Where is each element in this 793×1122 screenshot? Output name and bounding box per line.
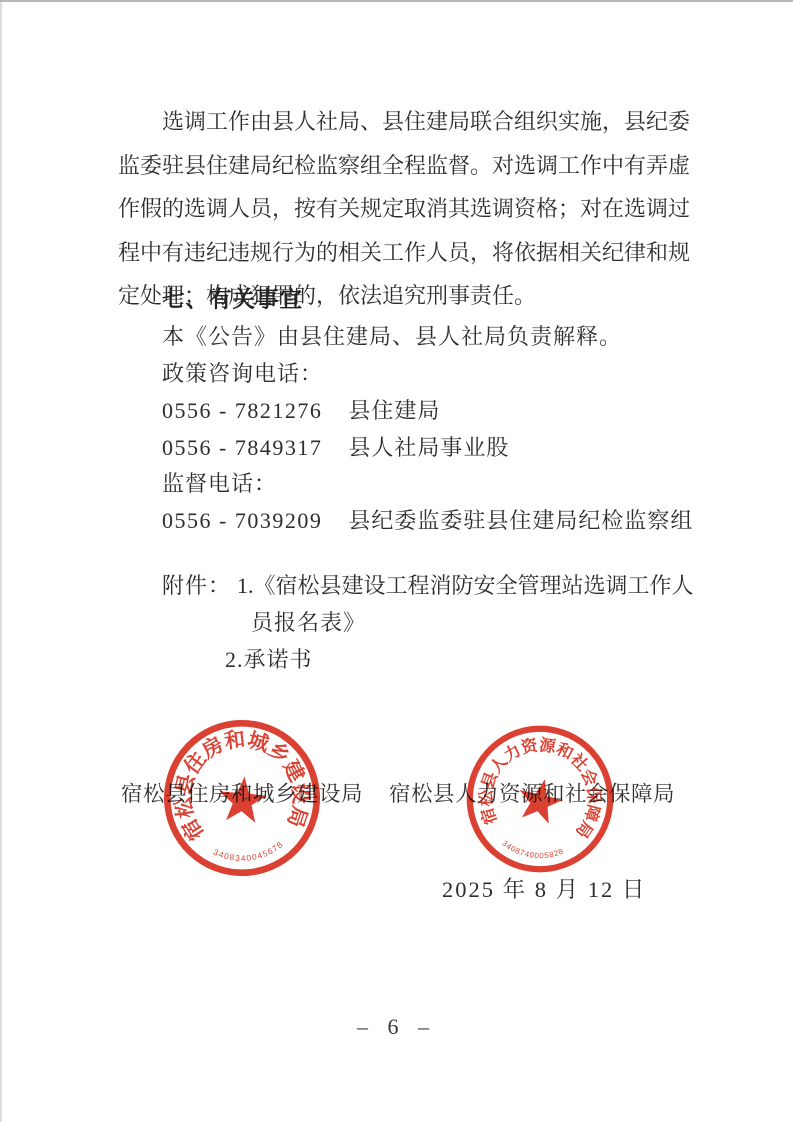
attachment-line-1: 附件：1.《宿松县建设工程消防安全管理站选调工作人 xyxy=(162,573,694,599)
phone-row: 0556 - 7821276县住建局 xyxy=(162,398,440,424)
phone-number: 0556 - 7849317 xyxy=(162,435,322,460)
seal-ring-text: 宿松县住房和城乡建设局 xyxy=(163,720,316,847)
phone-number: 0556 - 7039209 xyxy=(162,508,322,533)
star-icon xyxy=(217,774,268,823)
phone-department: 县住建局 xyxy=(348,398,440,423)
svg-text:宿松县住房和城乡建设局: 宿松县住房和城乡建设局 xyxy=(163,720,316,847)
attachment-1-title-line1: 《宿松县建设工程消防安全管理站选调工作人 xyxy=(254,573,694,598)
paragraph-line: 监委驻县住建局纪检监察组全程监督。对选调工作中有弄虚 xyxy=(118,144,688,188)
paragraph-line: 作假的选调人员，按有关规定取消其选调资格；对在选调过 xyxy=(118,187,688,231)
body-paragraph: 选调工作由县人社局、县住建局联合组织实施，县纪委 监委驻县住建局纪检监察组全程监… xyxy=(118,100,688,318)
policy-phone-label: 政策咨询电话： xyxy=(162,361,323,387)
section-heading: 七、有关事宜 xyxy=(162,287,303,313)
phone-row: 0556 - 7039209县纪委监委驻县住建局纪检监察组 xyxy=(162,508,693,534)
phone-number: 0556 - 7821276 xyxy=(162,398,322,423)
star-icon xyxy=(514,774,567,825)
official-seal-icon: 宿松县人力资源和社会保障局 3408740005828 xyxy=(452,711,628,887)
official-seal-icon: 宿松县住房和城乡建设局 3408340045678 xyxy=(150,706,335,891)
attachment-2: 2.承诺书 xyxy=(225,647,313,673)
attachment-1-title-line2: 员报名表》 xyxy=(251,610,366,636)
supervision-phone-label: 监督电话： xyxy=(162,471,277,497)
interpretation-line: 本《公告》由县住建局、县人社局负责解释。 xyxy=(162,324,622,350)
page-number: – 6 – xyxy=(0,1014,793,1040)
document-page: 选调工作由县人社局、县住建局联合组织实施，县纪委 监委驻县住建局纪检监察组全程监… xyxy=(0,0,793,1122)
right-official-seal: 宿松县人力资源和社会保障局 3408740005828 xyxy=(452,711,628,887)
left-official-seal: 宿松县住房和城乡建设局 3408340045678 xyxy=(150,706,335,891)
phone-row: 0556 - 7849317县人社局事业股 xyxy=(162,435,509,461)
paragraph-line: 选调工作由县人社局、县住建局联合组织实施，县纪委 xyxy=(118,100,688,144)
attachment-1-number: 1. xyxy=(237,573,254,598)
phone-department: 县纪委监委驻县住建局纪检监察组 xyxy=(348,508,693,533)
attachments-label: 附件： xyxy=(162,573,231,598)
phone-department: 县人社局事业股 xyxy=(348,435,509,460)
paragraph-line: 程中有违纪违规行为的相关工作人员，将依据相关纪律和规 xyxy=(118,231,688,275)
